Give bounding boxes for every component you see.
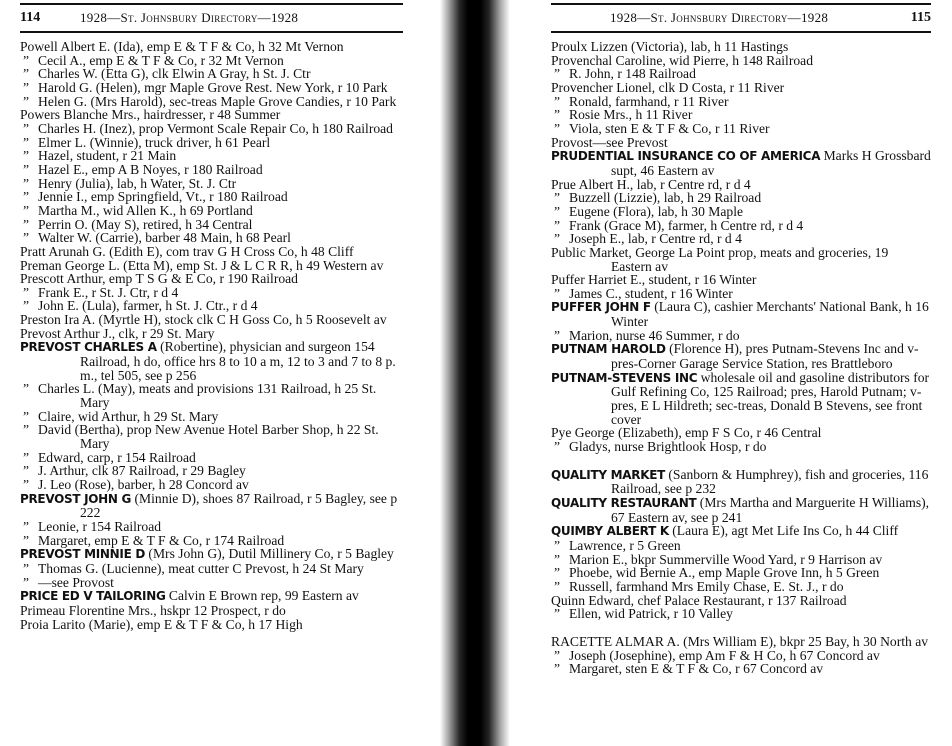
ditto-mark: ” (554, 440, 569, 454)
directory-entry: PREVOST CHARLES A (Robertine), physician… (20, 340, 403, 382)
page-header: 114 1928—St. Johnsbury Directory—1928 (20, 5, 403, 31)
ditto-mark: ” (23, 478, 38, 492)
ditto-mark: ” (23, 67, 38, 81)
entry-name-bold: PREVOST CHARLES A (20, 340, 157, 354)
directory-entry: ”J. Arthur, clk 87 Railroad, r 29 Bagley (20, 464, 403, 478)
directory-entry: QUIMBY ALBERT K (Laura E), agt Met Life … (551, 524, 931, 539)
directory-entry: PRUDENTIAL INSURANCE CO OF AMERICA Marks… (551, 149, 931, 177)
directory-entry: ”Cecil A., emp E & T F & Co, r 32 Mt Ver… (20, 54, 403, 68)
page-header: 1928—St. Johnsbury Directory—1928 115 (551, 5, 931, 31)
ditto-mark: ” (23, 286, 38, 300)
directory-entry: Provenchal Caroline, wid Pierre, h 148 R… (551, 54, 931, 68)
directory-entry: Preston Ira A. (Myrtle H), stock clk C H… (20, 313, 403, 327)
entry-name-bold: PUTNAM HAROLD (551, 342, 666, 356)
directory-entry: ”Henry (Julia), lab, h Water, St. J. Ctr (20, 177, 403, 191)
ditto-mark: ” (23, 177, 38, 191)
directory-entry: Quinn Edward, chef Palace Restaurant, r … (551, 594, 931, 608)
ditto-mark: ” (23, 451, 38, 465)
directory-entry: Proulx Lizzen (Victoria), lab, h 11 Hast… (551, 40, 931, 54)
entry-name-bold: PRICE ED V TAILORING (20, 589, 166, 603)
ditto-mark: ” (554, 566, 569, 580)
directory-entry: Pratt Arunah G. (Edith E), com trav G H … (20, 245, 403, 259)
directory-entry: PUTNAM HAROLD (Florence H), pres Putnam-… (551, 342, 931, 370)
ditto-mark: ” (23, 81, 38, 95)
ditto-mark: ” (23, 382, 38, 396)
book-gutter-shadow (440, 0, 510, 746)
directory-entry: ”Eugene (Flora), lab, h 30 Maple (551, 205, 931, 219)
ditto-mark: ” (23, 576, 38, 590)
directory-entries: Proulx Lizzen (Victoria), lab, h 11 Hast… (551, 40, 931, 676)
right-page: 1928—St. Johnsbury Directory—1928 115 Pr… (551, 0, 931, 676)
entry-text: Provost—see Prevost (551, 135, 668, 150)
directory-entry: ”Charles H. (Inez), prop Vermont Scale R… (20, 122, 403, 136)
directory-entry: ”R. John, r 148 Railroad (551, 67, 931, 81)
ditto-mark: ” (23, 520, 38, 534)
ditto-mark: ” (23, 149, 38, 163)
ditto-mark: ” (23, 218, 38, 232)
directory-entry: ”Margaret, sten E & T F & Co, r 67 Conco… (551, 662, 931, 676)
entry-name-bold: QUALITY MARKET (551, 468, 665, 482)
directory-entry: RACETTE ALMAR A. (Mrs William E), bkpr 2… (551, 635, 931, 649)
directory-entry: ”Buzzell (Lizzie), lab, h 29 Railroad (551, 191, 931, 205)
directory-entry: QUALITY MARKET (Sanborn & Humphrey), fis… (551, 468, 931, 496)
entry-name-bold: PRUDENTIAL INSURANCE CO OF AMERICA (551, 149, 820, 163)
directory-entry: ”David (Bertha), prop New Avenue Hotel B… (20, 423, 403, 450)
ditto-mark: ” (554, 108, 569, 122)
directory-entry: Proia Larito (Marie), emp E & T F & Co, … (20, 618, 403, 632)
directory-entry: Prue Albert H., lab, r Centre rd, r d 4 (551, 178, 931, 192)
ditto-mark: ” (23, 136, 38, 150)
entry-name-bold: QUIMBY ALBERT K (551, 524, 669, 538)
entry-text: —see Provost (38, 575, 114, 590)
directory-entry: ”Hazel E., emp A B Noyes, r 180 Railroad (20, 163, 403, 177)
entry-text: Charles L. (May), meats and provisions 1… (38, 381, 376, 410)
entry-text: (Laura C), cashier Merchants' National B… (611, 299, 929, 329)
directory-entry: ”—see Provost (20, 576, 403, 590)
directory-entry: ”Marion, nurse 46 Summer, r do (551, 329, 931, 343)
ditto-mark: ” (554, 329, 569, 343)
directory-entry: ”Walter W. (Carrie), barber 48 Main, h 6… (20, 231, 403, 245)
directory-entry: Preman George L. (Etta M), emp St. J & L… (20, 259, 403, 273)
directory-entry: ”John E. (Lula), farmer, h St. J. Ctr., … (20, 299, 403, 313)
directory-entry: PUFFER JOHN F (Laura C), cashier Merchan… (551, 300, 931, 328)
ditto-mark: ” (23, 122, 38, 136)
directory-entry: Public Market, George La Point prop, mea… (551, 246, 931, 273)
directory-entry: PREVOST JOHN G (Minnie D), shoes 87 Rail… (20, 492, 403, 520)
directory-entry: ”Harold G. (Helen), mgr Maple Grove Rest… (20, 81, 403, 95)
ditto-mark: ” (23, 534, 38, 548)
page-number: 115 (901, 10, 931, 26)
directory-entry: ”Charles W. (Etta G), clk Elwin A Gray, … (20, 67, 403, 81)
entry-name-bold: PREVOST MINNIE D (20, 547, 145, 561)
directory-entry: ”Claire, wid Arthur, h 29 St. Mary (20, 410, 403, 424)
ditto-mark: ” (554, 122, 569, 136)
ditto-mark: ” (554, 649, 569, 663)
entry-text: Gladys, nurse Brightlook Hosp, r do (569, 439, 766, 454)
directory-entry: Primeau Florentine Mrs., hskpr 12 Prospe… (20, 604, 403, 618)
directory-entry: Prescott Arthur, emp T S G & E Co, r 190… (20, 272, 403, 286)
ditto-mark: ” (23, 54, 38, 68)
ditto-mark: ” (23, 190, 38, 204)
ditto-mark: ” (554, 191, 569, 205)
entry-text: (Mrs John G), Dutil Millinery Co, r 5 Ba… (148, 546, 393, 561)
ditto-mark: ” (23, 231, 38, 245)
directory-entry: ”Phoebe, wid Bernie A., emp Maple Grove … (551, 566, 931, 580)
ditto-mark: ” (554, 287, 569, 301)
directory-entry: ”Margaret, emp E & T F & Co, r 174 Railr… (20, 534, 403, 548)
ditto-mark: ” (554, 662, 569, 676)
entry-text: Ellen, wid Patrick, r 10 Valley (569, 606, 733, 621)
directory-entry: Provencher Lionel, clk D Costa, r 11 Riv… (551, 81, 931, 95)
entry-name-bold: PUFFER JOHN F (551, 300, 651, 314)
ditto-mark: ” (554, 67, 569, 81)
page-number: 114 (20, 10, 80, 26)
directory-entry: ”Rosie Mrs., h 11 River (551, 108, 931, 122)
directory-entry: ”Lawrence, r 5 Green (551, 539, 931, 553)
ditto-mark: ” (554, 205, 569, 219)
ditto-mark: ” (554, 95, 569, 109)
directory-entry: ”Ronald, farmhand, r 11 River (551, 95, 931, 109)
directory-entry: ”Joseph E., lab, r Centre rd, r d 4 (551, 232, 931, 246)
entry-text: Margaret, sten E & T F & Co, r 67 Concor… (569, 661, 823, 676)
ditto-mark: ” (554, 232, 569, 246)
directory-entry: ”Thomas G. (Lucienne), meat cutter C Pre… (20, 562, 403, 576)
entry-name-bold: PUTNAM-STEVENS INC (551, 371, 697, 385)
directory-entry: Provost—see Prevost (551, 136, 931, 150)
directory-entry: Powers Blanche Mrs., hairdresser, r 48 S… (20, 108, 403, 122)
header-bottom-rule (20, 31, 403, 33)
entry-name-bold: PREVOST JOHN G (20, 492, 131, 506)
directory-entry: Pye George (Elizabeth), emp F S Co, r 46… (551, 426, 931, 440)
directory-entry: QUALITY RESTAURANT (Mrs Martha and Margu… (551, 496, 931, 524)
directory-entry: ”Gladys, nurse Brightlook Hosp, r do (551, 440, 931, 454)
directory-entry: ”Frank (Grace M), farmer, h Centre rd, r… (551, 219, 931, 233)
directory-entry: ”Helen G. (Mrs Harold), sec-treas Maple … (20, 95, 403, 109)
directory-entries: Powell Albert E. (Ida), emp E & T F & Co… (20, 40, 403, 631)
entry-text: Proia Larito (Marie), emp E & T F & Co, … (20, 617, 303, 632)
directory-entry: Powell Albert E. (Ida), emp E & T F & Co… (20, 40, 403, 54)
ditto-mark: ” (23, 423, 38, 437)
directory-entry: PRICE ED V TAILORING Calvin E Brown rep,… (20, 589, 403, 604)
entry-text: David (Bertha), prop New Avenue Hotel Ba… (38, 422, 379, 451)
entry-name-bold: QUALITY RESTAURANT (551, 496, 696, 510)
ditto-mark: ” (23, 299, 38, 313)
directory-entry: ”Leonie, r 154 Railroad (20, 520, 403, 534)
directory-entry: ”Russell, farmhand Mrs Emily Chase, E. S… (551, 580, 931, 594)
directory-entry: ”Edward, carp, r 154 Railroad (20, 451, 403, 465)
ditto-mark: ” (554, 607, 569, 621)
running-title: 1928—St. Johnsbury Directory—1928 (80, 10, 403, 26)
directory-entry: ”Perrin O. (May S), retired, h 34 Centra… (20, 218, 403, 232)
directory-entry: ”Marion E., bkpr Summerville Wood Yard, … (551, 553, 931, 567)
directory-entry: ”Frank E., r St. J. Ctr, r d 4 (20, 286, 403, 300)
ditto-mark: ” (23, 410, 38, 424)
directory-entry: ”Jennie I., emp Springfield, Vt., r 180 … (20, 190, 403, 204)
ditto-mark: ” (554, 580, 569, 594)
directory-entry: PUTNAM-STEVENS INC wholesale oil and gas… (551, 371, 931, 427)
directory-entry: ”James C., student, r 16 Winter (551, 287, 931, 301)
directory-entry: ”Martha M., wid Allen K., h 69 Portland (20, 204, 403, 218)
directory-entry: ”Joseph (Josephine), emp Am F & H Co, h … (551, 649, 931, 663)
directory-entry: ”Viola, sten E & T F & Co, r 11 River (551, 122, 931, 136)
ditto-mark: ” (23, 163, 38, 177)
ditto-mark: ” (554, 219, 569, 233)
directory-entry: ”J. Leo (Rose), barber, h 28 Concord av (20, 478, 403, 492)
directory-entry: ”Ellen, wid Patrick, r 10 Valley (551, 607, 931, 621)
directory-entry: ”Charles L. (May), meats and provisions … (20, 382, 403, 409)
ditto-mark: ” (23, 562, 38, 576)
entry-text: Calvin E Brown rep, 99 Eastern av (169, 588, 359, 603)
entry-text: Public Market, George La Point prop, mea… (551, 245, 888, 274)
left-page: 114 1928—St. Johnsbury Directory—1928 Po… (20, 0, 403, 631)
ditto-mark: ” (23, 464, 38, 478)
directory-entry: Puffer Harriet E., student, r 16 Winter (551, 273, 931, 287)
entry-text: (Laura E), agt Met Life Ins Co, h 44 Cli… (672, 523, 898, 538)
ditto-mark: ” (23, 204, 38, 218)
directory-entry: ”Hazel, student, r 21 Main (20, 149, 403, 163)
ditto-mark: ” (23, 95, 38, 109)
running-title: 1928—St. Johnsbury Directory—1928 (551, 10, 901, 26)
ditto-mark: ” (554, 539, 569, 553)
header-bottom-rule (551, 31, 931, 33)
directory-entry: PREVOST MINNIE D (Mrs John G), Dutil Mil… (20, 547, 403, 562)
directory-entry: Prevost Arthur J., clk, r 29 St. Mary (20, 327, 403, 341)
ditto-mark: ” (554, 553, 569, 567)
directory-entry: ”Elmer L. (Winnie), truck driver, h 61 P… (20, 136, 403, 150)
